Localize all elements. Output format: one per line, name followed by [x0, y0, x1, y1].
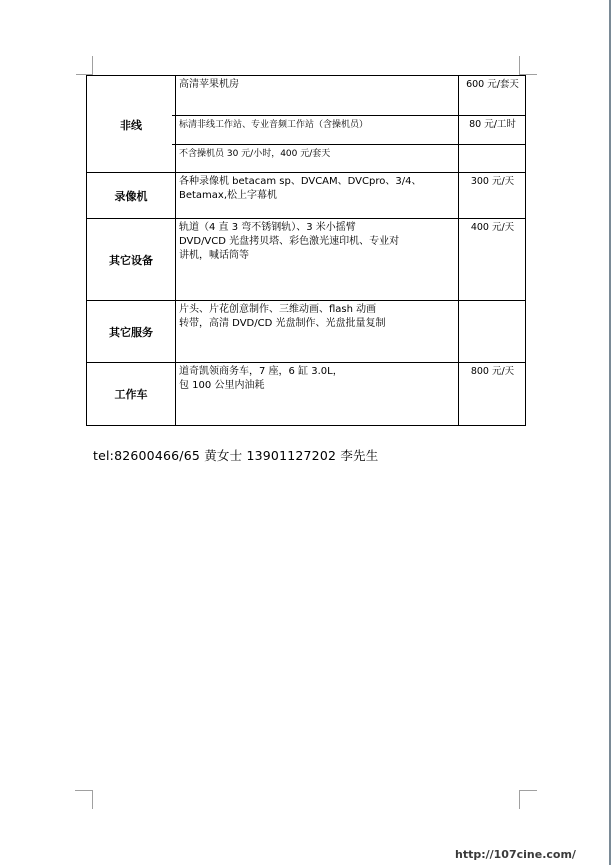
table-row-nonlinear: 非线 高清苹果机房 600 元/套天 标清非线工作站、专业音频工作站（含操机员）…	[87, 76, 525, 173]
category-cell: 其它服务	[87, 301, 176, 362]
table-row-other-equipment: 其它设备 轨道（4 直 3 弯不锈钢轨）、3 米小摇臂 DVD/VCD 光盘拷贝…	[87, 218, 525, 300]
table-row-other-services: 其它服务 片头、片花创意制作、三维动画、flash 动画 转带，高清 DVD/C…	[87, 300, 525, 362]
sub-row: 标清非线工作站、专业音频工作站（含操机员） 80 元/工时	[172, 115, 525, 144]
crop-mark-bottom-left	[75, 790, 93, 809]
category-cell: 工作车	[87, 363, 176, 425]
description-cell: 各种录像机 betacam sp、DVCAM、DVCpro、3/4、 Betam…	[176, 173, 459, 218]
description-cell: 道奇凯领商务车，7 座，6 缸 3.0L， 包 100 公里内油耗	[176, 363, 459, 425]
description-cell: 高清苹果机房	[176, 76, 459, 115]
description-line: Betamax,松上字幕机	[179, 189, 455, 203]
description-line: 片头、片花创意制作、三维动画、flash 动画	[179, 303, 455, 317]
crop-mark-top-left	[76, 56, 93, 75]
watermark-url: http://107cine.com/	[455, 848, 576, 861]
sub-row: 不含操机员 30 元/小时，400 元/套天	[172, 144, 525, 173]
description-cell: 轨道（4 直 3 弯不锈钢轨）、3 米小摇臂 DVD/VCD 光盘拷贝塔、彩色激…	[176, 219, 459, 300]
description-line: 各种录像机 betacam sp、DVCAM、DVCpro、3/4、	[179, 175, 455, 189]
description-line: DVD/VCD 光盘拷贝塔、彩色激光速印机、专业对	[179, 235, 455, 249]
table-row-vcr: 录像机 各种录像机 betacam sp、DVCAM、DVCpro、3/4、 B…	[87, 172, 525, 218]
crop-mark-bottom-right	[519, 790, 537, 809]
price-cell	[460, 301, 525, 362]
contact-info: tel:82600466/65 黄女士 13901127202 李先生	[93, 446, 378, 464]
price-cell: 80 元/工时	[460, 116, 525, 144]
table-row-work-vehicle: 工作车 道奇凯领商务车，7 座，6 缸 3.0L， 包 100 公里内油耗 80…	[87, 362, 525, 425]
price-cell: 800 元/天	[460, 363, 525, 425]
category-cell: 其它设备	[87, 219, 176, 300]
price-cell: 300 元/天	[460, 173, 525, 218]
page-edge	[609, 0, 611, 865]
description-line: 包 100 公里内油耗	[179, 379, 455, 393]
sub-row: 高清苹果机房 600 元/套天	[174, 76, 525, 115]
category-cell: 录像机	[87, 173, 176, 218]
category-cell: 非线	[87, 76, 176, 173]
crop-mark-top-right	[519, 56, 537, 75]
description-line: 转带，高清 DVD/CD 光盘制作、光盘批量复制	[179, 317, 455, 331]
price-cell	[460, 145, 525, 173]
description-line: 轨道（4 直 3 弯不锈钢轨）、3 米小摇臂	[179, 221, 455, 235]
description-line: 道奇凯领商务车，7 座，6 缸 3.0L，	[179, 365, 455, 379]
description-cell: 片头、片花创意制作、三维动画、flash 动画 转带，高清 DVD/CD 光盘制…	[176, 301, 459, 362]
price-table: 非线 高清苹果机房 600 元/套天 标清非线工作站、专业音频工作站（含操机员）…	[86, 75, 526, 426]
price-cell: 400 元/天	[460, 219, 525, 300]
price-cell: 600 元/套天	[460, 76, 525, 115]
description-line: 讲机，喊话筒等	[179, 249, 455, 263]
description-cell: 标清非线工作站、专业音频工作站（含操机员）	[176, 116, 459, 144]
description-cell: 不含操机员 30 元/小时，400 元/套天	[176, 145, 459, 173]
